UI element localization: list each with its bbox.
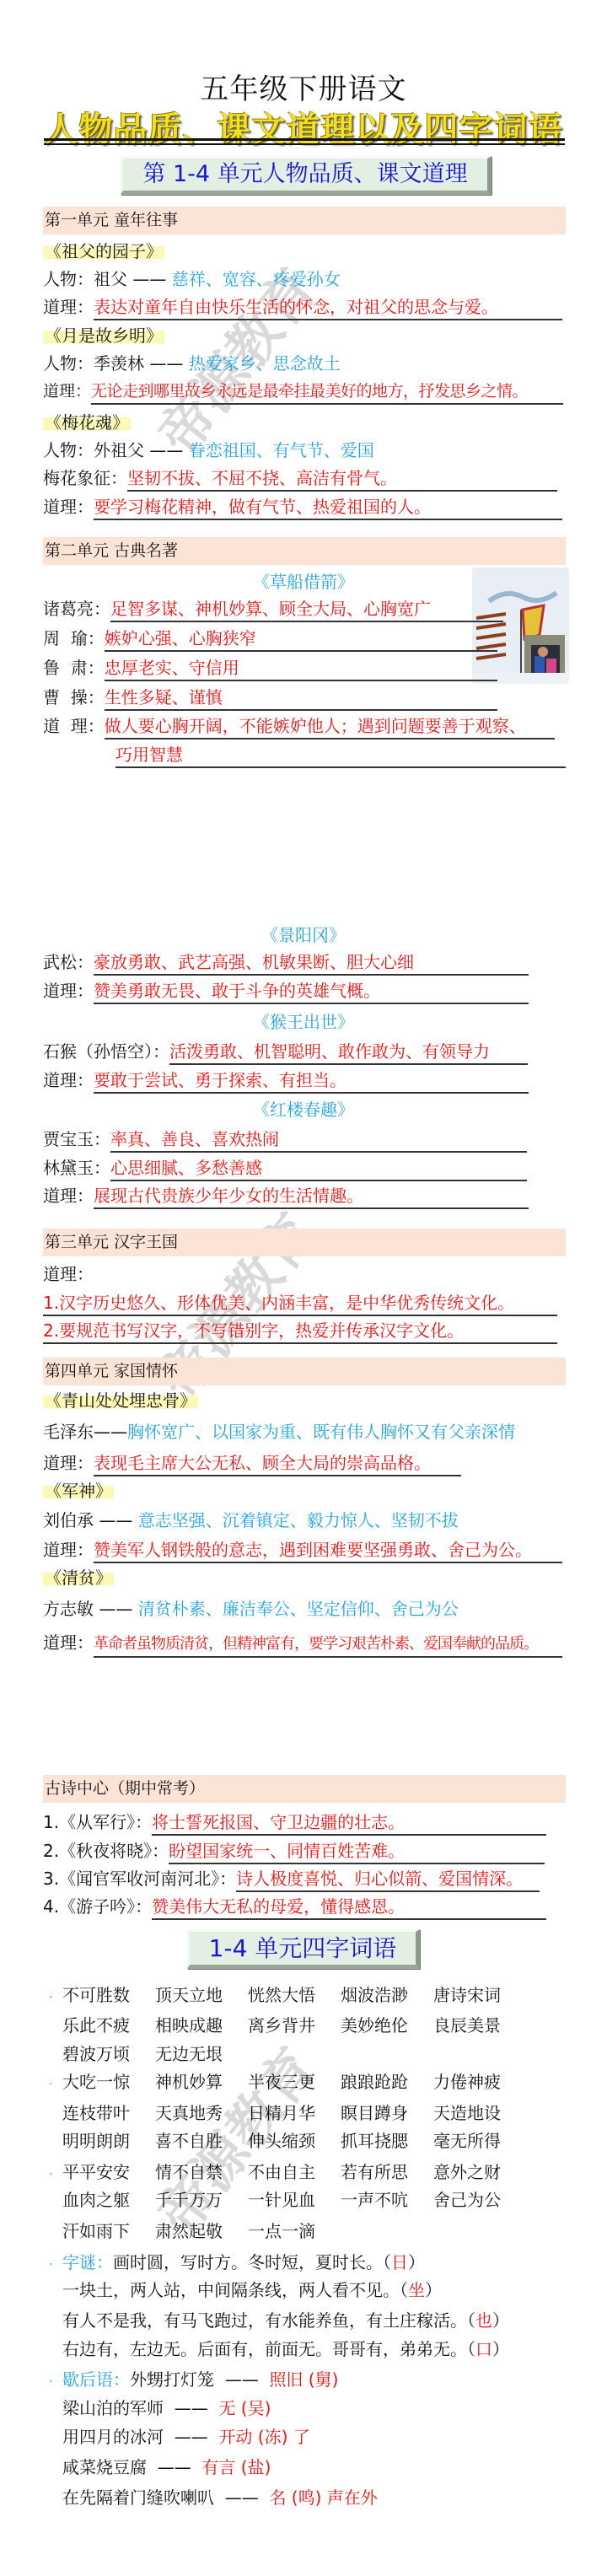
idiom-word: 乐此不疲: [62, 2012, 155, 2039]
riddle-row: ·字谜：画时圆，写时方。冬时短，夏时长。（日）: [49, 2249, 425, 2276]
reason-label: 道理：: [43, 1261, 94, 1288]
lesson-title: 《军神》: [43, 1478, 114, 1505]
idiom-word: 情不自禁: [155, 2159, 248, 2186]
unit3-header: 第三单元 汉字王国: [43, 1229, 566, 1256]
xiehouyu-row: ·歇后语：外甥打灯笼 —— 照旧 (舅): [49, 2366, 338, 2393]
idiom-row: 血肉之躯千千万万一针见血一声不吭舍己为公: [49, 2186, 526, 2213]
poem-row: 4.《游子吟》：赞美伟大无私的母爱，懂得感恩。: [43, 1894, 546, 1921]
character-row: 贾宝玉：率真、善良、喜欢热闹: [43, 1127, 527, 1154]
idiom-word: 良辰美景: [433, 2012, 526, 2039]
idiom-word: 力倦神疲: [433, 2068, 526, 2095]
reason-row: 道理：赞美勇敢无畏、敢于斗争的英雄气概。: [43, 978, 529, 1005]
idiom-row: ·不可胜数顶天立地恍然大悟烟波浩渺唐诗宋词: [49, 1982, 526, 2009]
idiom-word: 唐诗宋词: [433, 1982, 526, 2009]
character-row: 武松：豪放勇敢、武艺高强、机敏果断、胆大心细: [43, 949, 529, 976]
character-row: 林黛玉：心思细腻、多愁善感: [43, 1155, 527, 1182]
idiom-word: 千千万万: [155, 2186, 248, 2213]
idiom-word: 美妙绝伦: [341, 2012, 433, 2039]
idiom-word: 相映成趣: [155, 2012, 248, 2039]
character-row: 鲁 肃：忠厚老实、守信用: [43, 655, 497, 682]
person-row: 毛泽东——胸怀宽广、以国家为重、既有伟人胸怀又有父亲深情: [43, 1419, 515, 1446]
idiom-word: 日精月华: [248, 2100, 341, 2127]
idiom-word: 踉踉跄跄: [341, 2068, 433, 2095]
reason-row: 道 理：做人要心胸开阔，不能嫉妒他人；遇到问题要善于观察、: [43, 713, 555, 740]
idiom-word: 不可胜数: [62, 1982, 155, 2009]
idiom-word: 离乡背井: [248, 2012, 341, 2039]
reason-point: 1.汉字历史悠久、形体优美、内涵丰富，是中华优秀传统文化。: [43, 1290, 557, 1317]
section-box-idioms: 1-4 单元四字词语: [187, 1929, 420, 1969]
bullet-dot: ·: [49, 1984, 62, 2011]
traits: 眷恋祖国、有气节、爱国: [189, 440, 374, 460]
idiom-word: 连枝带叶: [62, 2100, 155, 2127]
idiom-word: 瞑目蹲身: [341, 2100, 433, 2127]
idiom-word: 烟波浩渺: [341, 1982, 433, 2009]
idiom-word: 舍己为公: [433, 2186, 526, 2213]
reason-row: 道理：赞美军人钢铁般的意志，遇到困难要坚强勇敢、舍己为公。: [43, 1537, 562, 1564]
idiom-word: 血肉之躯: [62, 2186, 155, 2213]
idiom-word: 恍然大悟: [248, 1982, 341, 2009]
character-row: 诸葛亮：足智多谋、神机妙算、顾全大局、心胸宽广: [43, 596, 503, 623]
reason-row: 道理：表现毛主席大公无私、顾全大局的崇高品格。: [43, 1450, 461, 1477]
idiom-row: 乐此不疲相映成趣离乡背井美妙绝伦良辰美景: [49, 2012, 526, 2039]
person-row: 人物：祖父 —— 慈祥、宽容、疼爱孙女: [43, 266, 341, 293]
idiom-row: 碧波万顷无边无垠: [49, 2041, 248, 2068]
lesson-title: 《青山处处埋忠骨》: [43, 1388, 198, 1415]
reason-row: 道理：表达对童年自由快乐生活的怀念，对祖父的思念与爱。: [43, 294, 562, 321]
idiom-word: 明明朗朗: [62, 2127, 155, 2154]
idiom-word: 碧波万顷: [62, 2041, 155, 2068]
unit4-header: 第四单元 家国情怀: [43, 1358, 566, 1385]
poem-row: 2.《秋夜将晓》：盼望国家统一、同情百姓苦难。: [43, 1838, 545, 1865]
idiom-word: 平平安安: [62, 2159, 155, 2186]
lesson-title: 《猴王出世》: [0, 1008, 607, 1033]
idiom-word: 一针见血: [248, 2186, 341, 2213]
idiom-word: 伸头缩颈: [248, 2127, 341, 2154]
xiehouyu-row: 在先隔着门缝吹喇叭 —— 名 (鸣) 声在外: [49, 2484, 378, 2511]
idiom-word: 大吃一惊: [62, 2068, 155, 2095]
reason-row: 道理：无论走到哪里故乡永远是最牵挂最美好的地方，抒发思乡之情。: [43, 379, 563, 406]
idiom-word: 意外之财: [433, 2159, 526, 2186]
riddle-row: 右边有，左边无。后面有，前面无。哥哥有，弟弟无。（口）: [49, 2336, 509, 2363]
character-row: 曹 操：生性多疑、谨慎: [43, 685, 497, 712]
person-row: 方志敏 —— 清贫朴素、廉洁奉公、坚定信仰、舍己为公: [43, 1596, 459, 1623]
idiom-word: 若有所思: [341, 2159, 433, 2186]
section-box-qualities: 第 1-4 单元人物品质、课文道理: [121, 156, 492, 195]
idiom-word: 抓耳挠腮: [341, 2127, 433, 2154]
idiom-word: 毫无所得: [433, 2127, 526, 2154]
riddle-row: 有人不是我，有马飞跑过，有水能养鱼，有土庄稼活。（也）: [49, 2307, 509, 2334]
idiom-word: 不由自主: [248, 2159, 341, 2186]
reason-row: 道理：革命者虽物质清贫，但精神富有，要学习艰苦朴素、爱国奉献的品质。: [43, 1630, 562, 1657]
person-row: 人物：季羡林 —— 热爱家乡、思念故土: [43, 351, 341, 378]
xiehouyu-row: 用四月的冰河 —— 开动 (冻) 了: [49, 2423, 310, 2450]
xiehouyu-row: 梁山泊的军师 —— 无 (吴): [49, 2395, 271, 2422]
idiom-row: 明明朗朗喜不自胜伸头缩颈抓耳挠腮毫无所得: [49, 2127, 526, 2154]
idiom-row: ·平平安安情不自禁不由自主若有所思意外之财: [49, 2159, 526, 2186]
reason-point: 2.要规范书写汉字，不写错别字，热爱并传承汉字文化。: [43, 1318, 557, 1345]
traits: 清贫朴素、廉洁奉公、坚定信仰、舍己为公: [138, 1599, 459, 1619]
character-row: 周 瑜：嫉妒心强、心胸狭窄: [43, 626, 497, 653]
unit2-header: 第二单元 古典名著: [43, 537, 566, 565]
reason-row: 道理：要敢于尝试、勇于探索、有担当。: [43, 1068, 529, 1094]
bullet-dot: ·: [49, 2161, 62, 2188]
idiom-word: 无边无垠: [155, 2041, 248, 2068]
idiom-word: 一声不吭: [341, 2186, 433, 2213]
xiehouyu-row: 咸菜烧豆腐 —— 有言 (盐): [49, 2454, 271, 2481]
poems-header: 古诗中心（期中常考）: [43, 1775, 566, 1803]
lesson-title: 《梅花魂》: [43, 410, 131, 437]
idiom-word: 一点一滴: [248, 2218, 341, 2245]
symbol-row: 梅花象征：坚韧不拔、不屈不挠、高洁有骨气。: [43, 465, 557, 492]
page-title: 五年级下册语文: [0, 66, 607, 107]
traits: 胸怀宽广、以国家为重、既有伟人胸怀又有父亲深情: [127, 1422, 515, 1442]
idiom-word: 肃然起敬: [155, 2218, 248, 2245]
traits: 意志坚强、沉着镇定、毅力惊人、坚韧不拔: [138, 1510, 459, 1530]
riddle-row: 一块土，两人站，中间隔条线，两人看不见。（坐）: [49, 2277, 442, 2304]
idiom-row: ·大吃一惊神机妙算半夜三更踉踉跄跄力倦神疲: [49, 2068, 526, 2095]
reason-row: 道理：展现古代贵族少年少女的生活情趣。: [43, 1183, 529, 1210]
person-row: 刘伯承 —— 意志坚强、沉着镇定、毅力惊人、坚韧不拔: [43, 1508, 459, 1535]
idiom-word: 天真地秀: [155, 2100, 248, 2127]
double-divider: [44, 138, 565, 147]
unit1-header: 第一单元 童年往事: [43, 207, 566, 234]
lesson-title: 《月是故乡明》: [43, 323, 164, 350]
bullet-dot: ·: [49, 2071, 62, 2098]
idiom-row: 连枝带叶天真地秀日精月华瞑目蹲身天造地设: [49, 2100, 526, 2127]
traits: 热爱家乡、思念故土: [189, 353, 341, 374]
reason-row: 道理：要学习梅花精神，做有气节、热爱祖国的人。: [43, 494, 562, 521]
lesson-title: 《景阳冈》: [0, 922, 607, 946]
idiom-word: 汗如雨下: [62, 2218, 155, 2245]
lesson-title: 《祖父的园子》: [43, 239, 164, 266]
idiom-word: 神机妙算: [155, 2068, 248, 2095]
character-row: 石猴（孙悟空）：活泼勇敢、机智聪明、敢作敢为、有领导力: [43, 1039, 528, 1066]
idiom-row: 汗如雨下肃然起敬一点一滴: [49, 2218, 341, 2245]
idiom-word: 半夜三更: [248, 2068, 341, 2095]
lesson-title: 《红楼春趣》: [0, 1096, 607, 1121]
traits: 慈祥、宽容、疼爱孙女: [172, 269, 341, 289]
reason-row-cont: 巧用智慧: [115, 742, 566, 769]
poem-row: 1.《从军行》：将士誓死报国、守卫边疆的壮志。: [43, 1810, 546, 1837]
poem-row: 3.《闻官军收河南河北》：诗人极度喜悦、归心似箭、爱国情深。: [43, 1866, 540, 1893]
person-row: 人物：外祖父 —— 眷恋祖国、有气节、爱国: [43, 438, 374, 465]
idiom-word: 天造地设: [433, 2100, 526, 2127]
idiom-word: 顶天立地: [155, 1982, 248, 2009]
idiom-word: 喜不自胜: [155, 2127, 248, 2154]
lesson-title: 《清贫》: [43, 1565, 114, 1592]
